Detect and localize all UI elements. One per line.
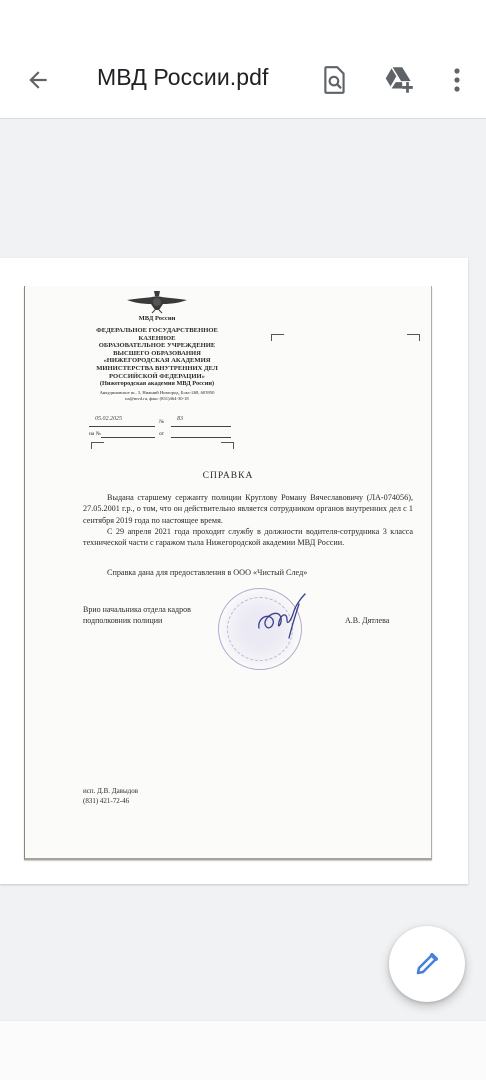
paragraph-position: С 29 апреля 2021 года проходит службу в …	[83, 526, 413, 549]
back-button[interactable]	[22, 62, 54, 98]
executor-name: исп. Д.В. Давыдов	[83, 786, 138, 796]
org-full-name: ФЕДЕРАЛЬНОЕ ГОСУДАРСТВЕННОЕ КАЗЕННОЕ ОБР…	[83, 327, 231, 380]
paragraph-employment: Выдана старшему сержанту полиции Круглов…	[83, 492, 413, 526]
add-to-drive-icon	[382, 65, 416, 95]
edit-button[interactable]	[389, 926, 465, 1002]
contact-line: na@mvd.ru, факс (831)464-30-18	[83, 396, 231, 402]
corner-mark	[91, 442, 104, 449]
more-vert-icon	[452, 67, 462, 93]
find-in-document-icon	[322, 65, 348, 95]
org-short-name: МВД России	[83, 315, 231, 322]
handwritten-number: 83	[177, 416, 183, 422]
scanned-document: МВД России ФЕДЕРАЛЬНОЕ ГОСУДАРСТВЕННОЕ К…	[24, 286, 432, 860]
letterhead: МВД России ФЕДЕРАЛЬНОЕ ГОСУДАРСТВЕННОЕ К…	[83, 290, 231, 402]
corner-mark	[407, 334, 420, 341]
handwritten-date: 05.02.2025	[95, 416, 122, 422]
org-line: ВЫСШЕГО ОБРАЗОВАНИЯ	[83, 350, 231, 358]
paragraph-purpose: Справка дана для предоставления в ООО «Ч…	[83, 567, 413, 578]
ref-line	[101, 437, 155, 438]
org-line: ФЕДЕРАЛЬНОЕ ГОСУДАРСТВЕННОЕ	[83, 327, 231, 335]
org-line: «НИЖЕГОРОДСКАЯ АКАДЕМИЯ	[83, 357, 231, 365]
executor-info: исп. Д.В. Давыдов (831) 421-72-46	[83, 786, 138, 806]
app-bar: МВД России.pdf	[0, 0, 486, 119]
position-line: Врио начальника отдела кадров	[83, 604, 191, 615]
rank-line: подполковник полиции	[83, 615, 191, 626]
ref-label: на №	[89, 431, 101, 437]
signatory-position: Врио начальника отдела кадров подполковн…	[83, 604, 191, 626]
org-abbreviation: (Нижегородская академия МВД России)	[83, 380, 231, 387]
from-label: от	[159, 431, 164, 437]
number-line	[171, 426, 231, 427]
mvd-emblem-icon	[125, 290, 189, 314]
system-navigation-bar	[0, 1020, 486, 1080]
paragraph-text: Справка дана для предоставления в ООО «Ч…	[107, 568, 307, 577]
from-line	[171, 437, 231, 438]
date-line	[89, 426, 155, 427]
pdf-page[interactable]: МВД России ФЕДЕРАЛЬНОЕ ГОСУДАРСТВЕННОЕ К…	[0, 258, 468, 884]
corner-mark	[271, 334, 284, 341]
org-line: МИНИСТЕРСТВА ВНУТРЕННИХ ДЕЛ	[83, 365, 231, 373]
signature-icon	[255, 590, 317, 640]
paragraph-text: Выдана старшему сержанту полиции Круглов…	[83, 493, 413, 525]
arrow-back-icon	[25, 67, 51, 93]
org-line: ОБРАЗОВАТЕЛЬНОЕ УЧРЕЖДЕНИЕ	[83, 342, 231, 350]
org-line: РОССИЙСКОЙ ФЕДЕРАЦИИ»	[83, 373, 231, 381]
number-label: №	[159, 419, 164, 425]
org-line: КАЗЕННОЕ	[83, 335, 231, 343]
org-address: Анкудиновское ш., 3, Нижний Новгород, Бо…	[83, 390, 231, 402]
more-options-button[interactable]	[440, 62, 474, 98]
corner-mark	[221, 442, 234, 449]
paragraph-text: С 29 апреля 2021 года проходит службу в …	[83, 527, 413, 547]
find-in-document-button[interactable]	[318, 62, 352, 98]
document-heading: СПРАВКА	[25, 471, 431, 481]
document-title: МВД России.pdf	[97, 64, 269, 91]
signatory-name: А.В. Дятлева	[345, 615, 389, 626]
edit-pencil-icon	[412, 949, 442, 979]
executor-phone: (831) 421-72-46	[83, 796, 138, 806]
add-to-drive-button[interactable]	[382, 62, 416, 98]
